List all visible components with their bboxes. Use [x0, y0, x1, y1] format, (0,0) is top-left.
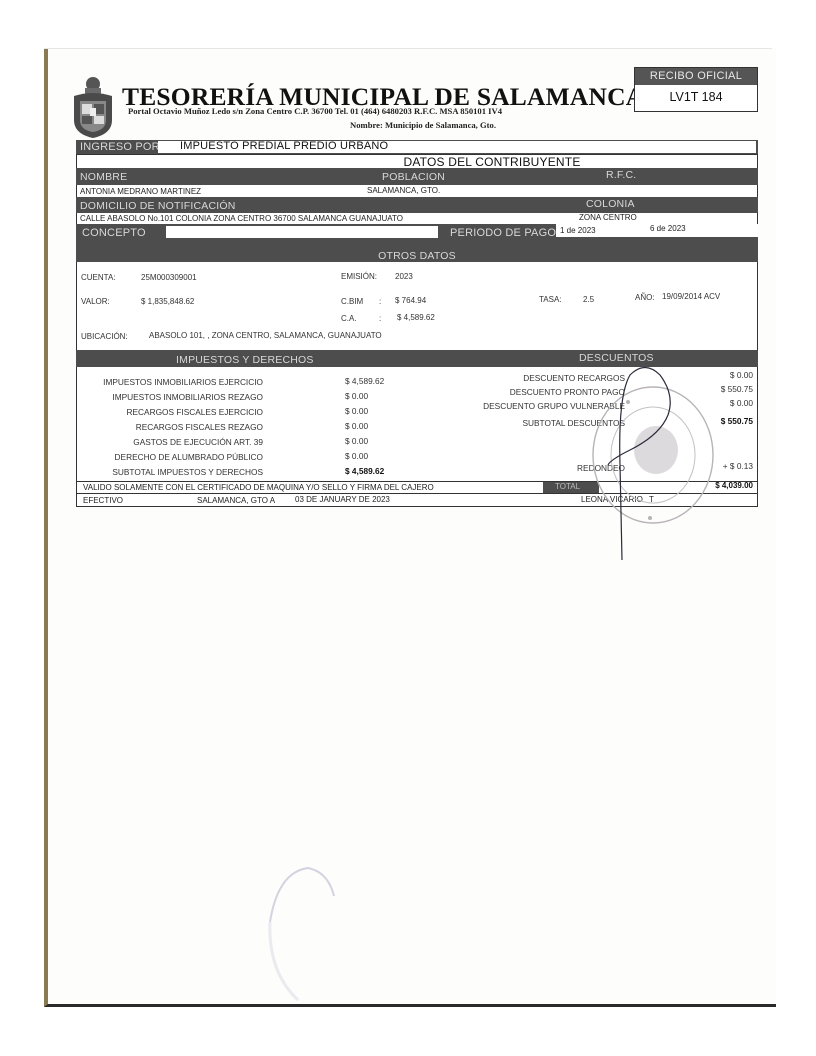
- cashier-code: T: [649, 495, 654, 504]
- descuento-item-value: $ 0.00: [730, 370, 753, 380]
- payment-place: SALAMANCA, GTO A: [197, 496, 275, 505]
- impuesto-item-label: RECARGOS FISCALES EJERCICIO: [127, 407, 263, 417]
- domicilio-value: CALLE ABASOLO No.101 COLONIA ZONA CENTRO…: [80, 214, 403, 223]
- descuentos-subtotal-label: SUBTOTAL DESCUENTOS: [522, 418, 625, 428]
- emision-value: 2023: [395, 272, 413, 281]
- domicilio-row: CALLE ABASOLO No.101 COLONIA ZONA CENTRO…: [76, 213, 758, 224]
- periodo-hasta: 6 de 2023: [650, 224, 686, 233]
- municipal-coat-of-arms-icon: [68, 74, 118, 140]
- descuento-item-label: DESCUENTO RECARGOS: [523, 373, 625, 383]
- tasa-label: TASA:: [539, 295, 562, 304]
- cbim-value: $ 764.94: [395, 296, 426, 305]
- valor-value: $ 1,835,848.62: [141, 297, 194, 306]
- receipt-number: LV1T 184: [635, 85, 757, 109]
- valor-label: VALOR:: [81, 297, 110, 306]
- validity-row: VALIDO SOLAMENTE CON EL CERTIFICADO DE M…: [76, 481, 758, 494]
- anio-label: AÑO:: [635, 293, 655, 302]
- ingreso-field: IMPUESTO PREDIAL PREDIO URBANO: [158, 141, 756, 153]
- impuesto-item-value: $ 0.00: [345, 421, 368, 431]
- payment-row: EFECTIVO SALAMANCA, GTO A 03 DE JANUARY …: [76, 494, 758, 507]
- impuestos-subtotal-label: SUBTOTAL IMPUESTOS Y DERECHOS: [112, 467, 263, 477]
- cbim-label: C.BIM: [341, 297, 363, 306]
- impuesto-item-label: GASTOS DE EJECUCIÓN ART. 39: [133, 437, 263, 447]
- nombre-value: ANTONIA MEDRANO MARTINEZ: [80, 187, 201, 196]
- otros-datos-body: CUENTA: 25M000309001 EMISIÓN: 2023 VALOR…: [76, 262, 758, 350]
- periodo-label: PERIODO DE PAGO: [450, 227, 556, 239]
- concepto-label: CONCEPTO: [82, 227, 146, 239]
- concepto-row: CONCEPTO PERIODO DE PAGO 1 de 2023 6 de …: [76, 224, 758, 240]
- ubicacion-label: UBICACIÓN:: [81, 332, 128, 341]
- total-label-box: TOTAL: [543, 482, 599, 493]
- payment-method: EFECTIVO: [83, 496, 123, 505]
- rfc-label: R.F.C.: [606, 169, 636, 181]
- total-value: $ 4,039.00: [715, 481, 753, 490]
- impuesto-item-label: RECARGOS FISCALES REZAGO: [136, 422, 263, 432]
- descuento-item-label: DESCUENTO GRUPO VULNERABLE: [483, 401, 625, 411]
- ingreso-value: IMPUESTO PREDIAL PREDIO URBANO: [180, 140, 388, 152]
- domicilio-label: DOMICILIO DE NOTIFICACIÓN: [80, 200, 236, 212]
- cuenta-label: CUENTA:: [81, 273, 116, 282]
- impuesto-item-label: DERECHO DE ALUMBRADO PÚBLICO: [115, 452, 263, 462]
- cashier-office: LEONA VICARIO: [581, 495, 643, 504]
- redondeo-label: REDONDEO: [577, 463, 625, 473]
- impuesto-item-value: $ 0.00: [345, 436, 368, 446]
- otros-datos-title: OTROS DATOS: [76, 250, 758, 262]
- impuestos-descuentos-header: IMPUESTOS Y DERECHOS DESCUENTOS: [76, 350, 758, 367]
- impuestos-title: IMPUESTOS Y DERECHOS: [176, 354, 314, 366]
- periodo-desde: 1 de 2023: [560, 226, 596, 235]
- total-label: TOTAL: [555, 482, 580, 491]
- ingreso-row: INGRESO POR IMPUESTO PREDIAL PREDIO URBA…: [76, 140, 758, 154]
- impuesto-item-value: $ 4,589.62: [345, 376, 384, 386]
- descuento-item-value: $ 0.00: [730, 398, 753, 408]
- concepto-field: [166, 226, 438, 238]
- tasa-value: 2.5: [583, 295, 594, 304]
- descuentos-subtotal-value: $ 550.75: [721, 416, 753, 426]
- contribuyente-title: DATOS DEL CONTRIBUYENTE: [77, 155, 757, 169]
- descuentos-title: DESCUENTOS: [579, 352, 654, 364]
- periodo-field: 1 de 2023 6 de 2023: [556, 224, 758, 237]
- ingreso-label: INGRESO POR: [80, 141, 160, 153]
- poblacion-value: SALAMANCA, GTO.: [367, 186, 440, 195]
- descuento-item-label: DESCUENTO PRONTO PAGO: [510, 387, 625, 397]
- impuesto-item-label: IMPUESTOS INMOBILIARIOS EJERCICIO: [103, 377, 263, 387]
- nombre-row: ANTONIA MEDRANO MARTINEZ SALAMANCA, GTO.: [76, 185, 758, 197]
- impuesto-item-value: $ 0.00: [345, 391, 368, 401]
- payment-date: 03 DE JANUARY DE 2023: [295, 495, 390, 504]
- emision-label: EMISIÓN:: [341, 272, 377, 281]
- ca-value: $ 4,589.62: [397, 313, 435, 322]
- anio-value: 19/09/2014 ACV: [662, 292, 720, 301]
- redondeo-value: + $ 0.13: [723, 461, 753, 471]
- poblacion-label: POBLACION: [382, 171, 445, 183]
- impuestos-subtotal-value: $ 4,589.62: [345, 466, 384, 476]
- domicilio-header-row: DOMICILIO DE NOTIFICACIÓN COLONIA: [76, 197, 758, 213]
- impuesto-item-value: $ 0.00: [345, 451, 368, 461]
- nombre-label: NOMBRE: [80, 171, 127, 183]
- receipt-number-box: RECIBO OFICIAL LV1T 184: [634, 67, 758, 112]
- descuento-item-value: $ 550.75: [721, 384, 753, 394]
- paper-edge: [44, 48, 772, 49]
- impuesto-item-value: $ 0.00: [345, 406, 368, 416]
- colonia-value: ZONA CENTRO: [579, 213, 637, 222]
- contribuyente-title-row: DATOS DEL CONTRIBUYENTE: [76, 154, 758, 168]
- issuer-name: Nombre: Municipio de Salamanca, Gto.: [0, 120, 816, 130]
- colonia-label: COLONIA: [586, 198, 635, 210]
- issuer-address: Portal Octavio Muñoz Ledo s/n Zona Centr…: [128, 106, 502, 116]
- impuesto-item-label: IMPUESTOS INMOBILIARIOS REZAGO: [112, 392, 263, 402]
- nombre-header-row: NOMBRE POBLACION R.F.C.: [76, 168, 758, 185]
- otros-datos-header: OTROS DATOS: [76, 240, 758, 262]
- validity-note: VALIDO SOLAMENTE CON EL CERTIFICADO DE M…: [83, 483, 434, 492]
- cuenta-value: 25M000309001: [141, 273, 197, 282]
- ubicacion-value: ABASOLO 101, , ZONA CENTRO, SALAMANCA, G…: [149, 331, 382, 340]
- ca-label: C.A.: [341, 314, 357, 323]
- receipt-label: RECIBO OFICIAL: [635, 68, 757, 85]
- impuestos-body: IMPUESTOS INMOBILIARIOS EJERCICIO$ 4,589…: [76, 367, 758, 481]
